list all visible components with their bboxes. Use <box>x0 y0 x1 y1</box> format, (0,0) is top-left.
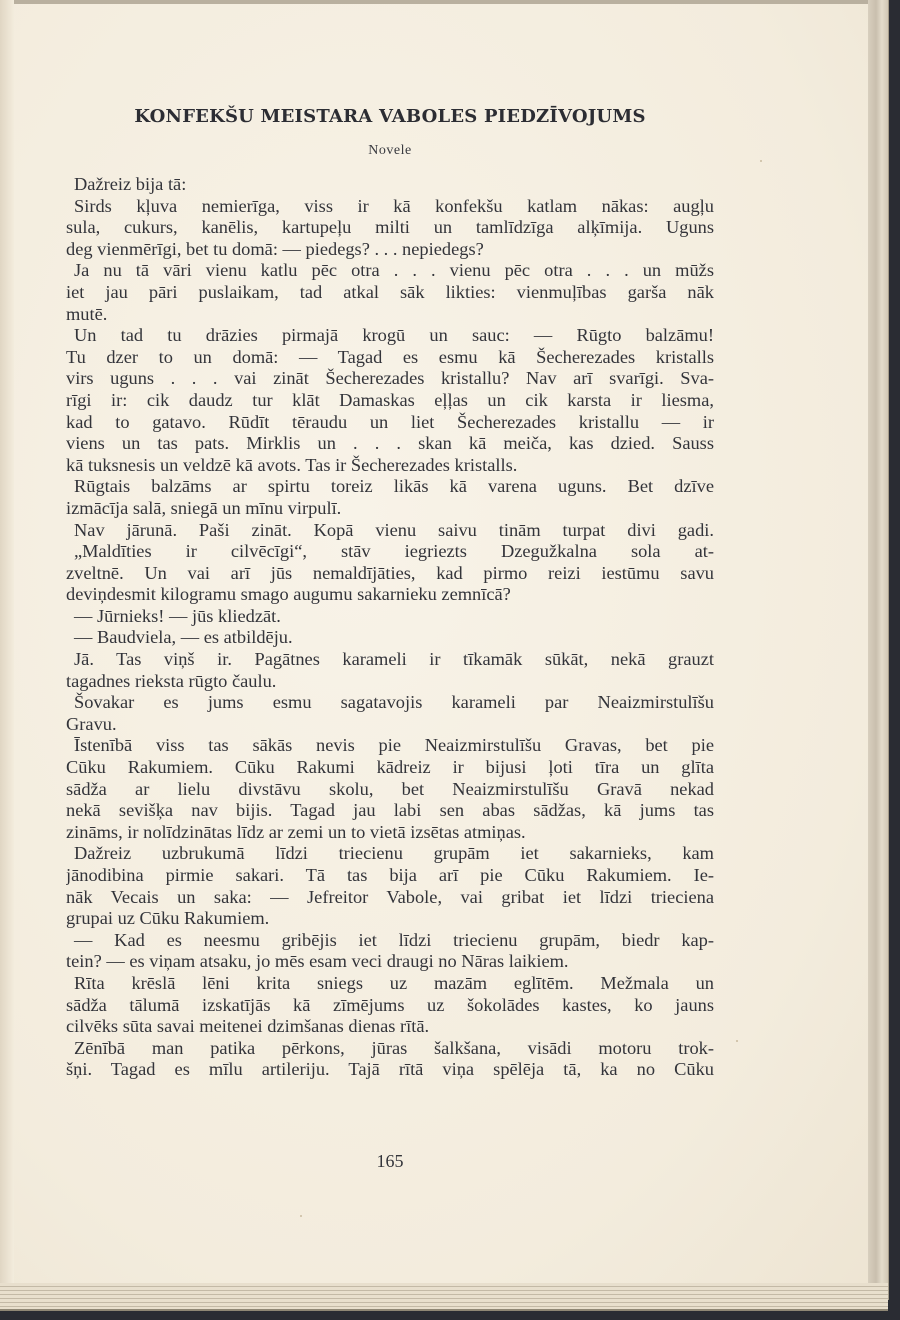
text-line: iet jau pāri puslaikam, tad atkal sāk li… <box>66 282 714 304</box>
text-line: virs uguns . . . vai zināt Šecherezades … <box>66 368 714 390</box>
text-line: viens un tas pats. Mirklis un . . . skan… <box>66 433 714 455</box>
paper-speck <box>760 160 762 162</box>
text-line: grupai uz Cūku Rakumiem. <box>66 908 714 930</box>
text-line: tagadnes rieksta rūgto čaulu. <box>66 671 714 693</box>
page-gutter <box>0 0 14 1300</box>
text-line: cilvēks sūta savai meitenei dzimšanas di… <box>66 1016 714 1038</box>
text-line: izmācīja salā, sniegā un mīnu virpulī. <box>66 498 714 520</box>
text-line: Jā. Tas viņš ir. Pagātnes karameli ir tī… <box>66 649 714 671</box>
paper-speck <box>300 1215 302 1217</box>
text-line: — Baudviela, — es atbildēju. <box>66 627 714 649</box>
text-line: deviņdesmit kilogramu smago augumu sakar… <box>66 584 714 606</box>
page-bottom-edge <box>0 1283 888 1311</box>
text-line: zveltnē. Un vai arī jūs nemaldījāties, k… <box>66 563 714 585</box>
text-line: nāk Vecais un saka: — Jefreitor Vabole, … <box>66 887 714 909</box>
text-line: kad to gatavo. Rūdīt tēraudu un liet Šec… <box>66 412 714 434</box>
text-line: Gravu. <box>66 714 714 736</box>
text-line: sādža tālumā izskatījās kā zīmējums uz š… <box>66 995 714 1017</box>
text-line: Tu dzer to un domā: — Tagad es esmu kā Š… <box>66 347 714 369</box>
text-line: Šovakar es jums esmu sagatavojis karamel… <box>66 692 714 714</box>
text-line: — Kad es neesmu gribējis iet līdzi triec… <box>66 930 714 952</box>
page-top-edge <box>0 0 884 4</box>
text-line: jānodibina pirmie sakari. Tā tas bija ar… <box>66 865 714 887</box>
text-line: Rūgtais balzāms ar spirtu toreiz likās k… <box>66 476 714 498</box>
text-line: Zēnībā man patika pērkons, jūras šalkšan… <box>66 1038 714 1060</box>
text-line: Īstenībā viss tas sākās nevis pie Neaizm… <box>66 735 714 757</box>
text-line: Nav jārunā. Paši zināt. Kopā vienu saivu… <box>66 520 714 542</box>
text-line: kā tuksnesis un veldzē kā avots. Tas ir … <box>66 455 714 477</box>
text-line: Rīta krēslā lēni krita sniegs uz mazām e… <box>66 973 714 995</box>
text-line: mutē. <box>66 304 714 326</box>
chapter-title: KONFEKŠU MEISTARA VABOLES PIEDZĪVOJUMS <box>66 106 714 127</box>
text-line: zināms, ir nolīdzinātas līdz ar zemi un … <box>66 822 714 844</box>
text-line: Cūku Rakumiem. Cūku Rakumi kādreiz ir bi… <box>66 757 714 779</box>
text-line: nekā sevišķa nav bijis. Tagad jau labi s… <box>66 800 714 822</box>
text-line: rīgi ir: cik daudz tur klāt Damaskas eļļ… <box>66 390 714 412</box>
text-line: Dažreiz uzbrukumā līdzi triecienu grupām… <box>66 843 714 865</box>
page-fore-edge <box>868 0 889 1300</box>
text-line: — Jūrnieks! — jūs kliedzāt. <box>66 606 714 628</box>
text-line: Sirds kļuva nemierīga, viss ir kā konfek… <box>66 196 714 218</box>
text-line: tein? — es viņam atsaku, jo mēs esam vec… <box>66 951 714 973</box>
page-number: 165 <box>66 1151 714 1172</box>
chapter-subtitle: Novele <box>66 143 714 159</box>
text-line: Ja nu tā vāri vienu katlu pēc otra . . .… <box>66 260 714 282</box>
text-line: sula, cukurs, kanēlis, kartupeļu milti u… <box>66 217 714 239</box>
body-text: Dažreiz bija tā:Sirds kļuva nemierīga, v… <box>66 174 714 1081</box>
text-line: „Maldīties ir cilvēcīgi“, stāv iegriezts… <box>66 541 714 563</box>
book-page: KONFEKŠU MEISTARA VABOLES PIEDZĪVOJUMS N… <box>0 0 884 1300</box>
paper-speck <box>736 1040 738 1042</box>
text-line: Un tad tu drāzies pirmajā krogū un sauc:… <box>66 325 714 347</box>
text-line: deg vienmērīgi, bet tu domā: — piedegs? … <box>66 239 714 261</box>
text-line: sādža ar lielu divstāvu skolu, bet Neaiz… <box>66 779 714 801</box>
text-line: Dažreiz bija tā: <box>66 174 714 196</box>
text-line: šņi. Tagad es mīlu artileriju. Tajā rītā… <box>66 1059 714 1081</box>
